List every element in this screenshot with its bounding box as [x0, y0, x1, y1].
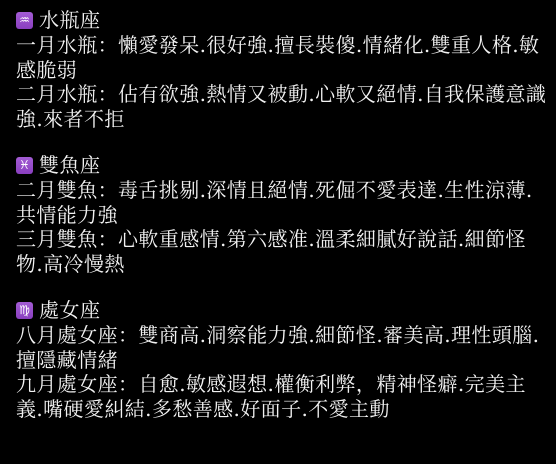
section-pisces: ♓ 雙魚座 二月雙魚：毒舌挑剔.深情且絕情.死倔不愛表達.生性涼薄.共情能力強 … [16, 153, 552, 276]
virgo-icon: ♍ [16, 302, 33, 319]
section-title: 雙魚座 [39, 153, 101, 178]
trait-entry: 二月雙魚：毒舌挑剔.深情且絕情.死倔不愛表達.生性涼薄.共情能力強 [16, 178, 552, 227]
trait-entry: 二月水瓶：佔有欲強.熱情又被動.心軟又絕情.自我保護意識強.來者不拒 [16, 82, 552, 131]
section-title: 水瓶座 [39, 8, 101, 33]
zodiac-traits-list: ♒ 水瓶座 一月水瓶：懶愛發呆.很好強.擅長裝傻.情緒化.雙重人格.敏感脆弱 二… [16, 8, 552, 443]
section-heading: ♒ 水瓶座 [16, 8, 552, 33]
section-heading: ♓ 雙魚座 [16, 153, 552, 178]
trait-entry: 一月水瓶：懶愛發呆.很好強.擅長裝傻.情緒化.雙重人格.敏感脆弱 [16, 33, 552, 82]
aquarius-icon: ♒ [16, 12, 33, 29]
pisces-icon: ♓ [16, 157, 33, 174]
section-title: 處女座 [39, 298, 101, 323]
section-virgo: ♍ 處女座 八月處女座：雙商高.洞察能力強.細節怪.審美高.理性頭腦.擅隱藏情緒… [16, 298, 552, 421]
trait-entry: 八月處女座：雙商高.洞察能力強.細節怪.審美高.理性頭腦.擅隱藏情緒 [16, 323, 552, 372]
trait-entry: 九月處女座：自愈.敏感遐想.權衡利弊，精神怪癖.完美主義.嘴硬愛糾結.多愁善感.… [16, 372, 552, 421]
trait-entry: 三月雙魚：心軟重感情.第六感准.溫柔細膩好說話.細節怪物.高冷慢熱 [16, 227, 552, 276]
section-heading: ♍ 處女座 [16, 298, 552, 323]
section-aquarius: ♒ 水瓶座 一月水瓶：懶愛發呆.很好強.擅長裝傻.情緒化.雙重人格.敏感脆弱 二… [16, 8, 552, 131]
